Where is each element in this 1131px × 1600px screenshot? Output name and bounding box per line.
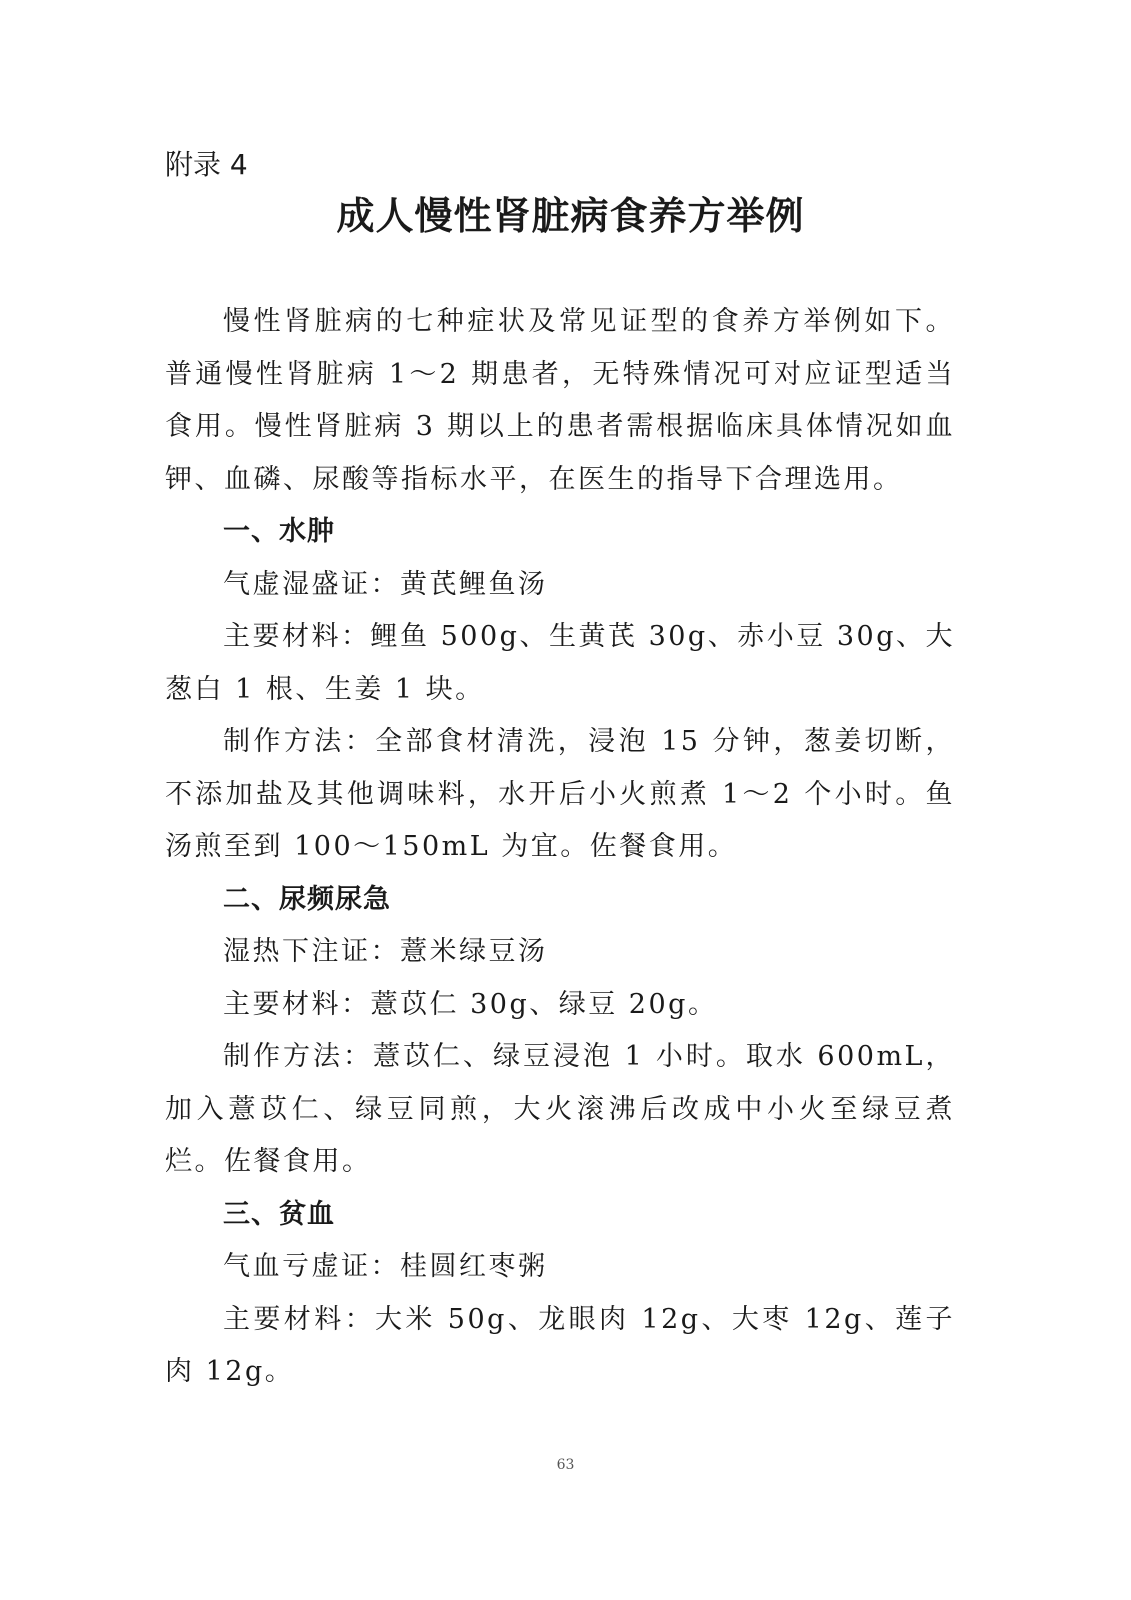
- appendix-label: 附录 4: [165, 143, 248, 183]
- materials-paragraph: 主要材料：鲤鱼 500g、生黄芪 30g、赤小豆 30g、大葱白 1 根、生姜 …: [165, 611, 955, 716]
- page-number: 63: [0, 1457, 1131, 1473]
- section-heading-urinary: 二、尿频尿急: [165, 874, 955, 927]
- intro-paragraph: 慢性肾脏病的七种症状及常见证型的食养方举例如下。普通慢性肾脏病 1～2 期患者，…: [165, 296, 955, 506]
- syndrome-line: 气血亏虚证：桂圆红枣粥: [165, 1241, 955, 1294]
- method-paragraph: 制作方法：全部食材清洗，浸泡 15 分钟，葱姜切断，不添加盐及其他调味料，水开后…: [165, 716, 955, 874]
- method-paragraph: 制作方法：薏苡仁、绿豆浸泡 1 小时。取水 600mL，加入薏苡仁、绿豆同煎，大…: [165, 1031, 955, 1189]
- syndrome-line: 气虚湿盛证：黄芪鲤鱼汤: [165, 559, 955, 612]
- section-heading-anemia: 三、贫血: [165, 1189, 955, 1242]
- materials-paragraph: 主要材料：大米 50g、龙眼肉 12g、大枣 12g、莲子肉 12g。: [165, 1294, 955, 1399]
- page-title: 成人慢性肾脏病食养方举例: [0, 185, 1131, 240]
- section-heading-edema: 一、水肿: [165, 506, 955, 559]
- syndrome-line: 湿热下注证：薏米绿豆汤: [165, 926, 955, 979]
- materials-paragraph: 主要材料：薏苡仁 30g、绿豆 20g。: [165, 979, 955, 1032]
- document-body: 慢性肾脏病的七种症状及常见证型的食养方举例如下。普通慢性肾脏病 1～2 期患者，…: [165, 296, 955, 1399]
